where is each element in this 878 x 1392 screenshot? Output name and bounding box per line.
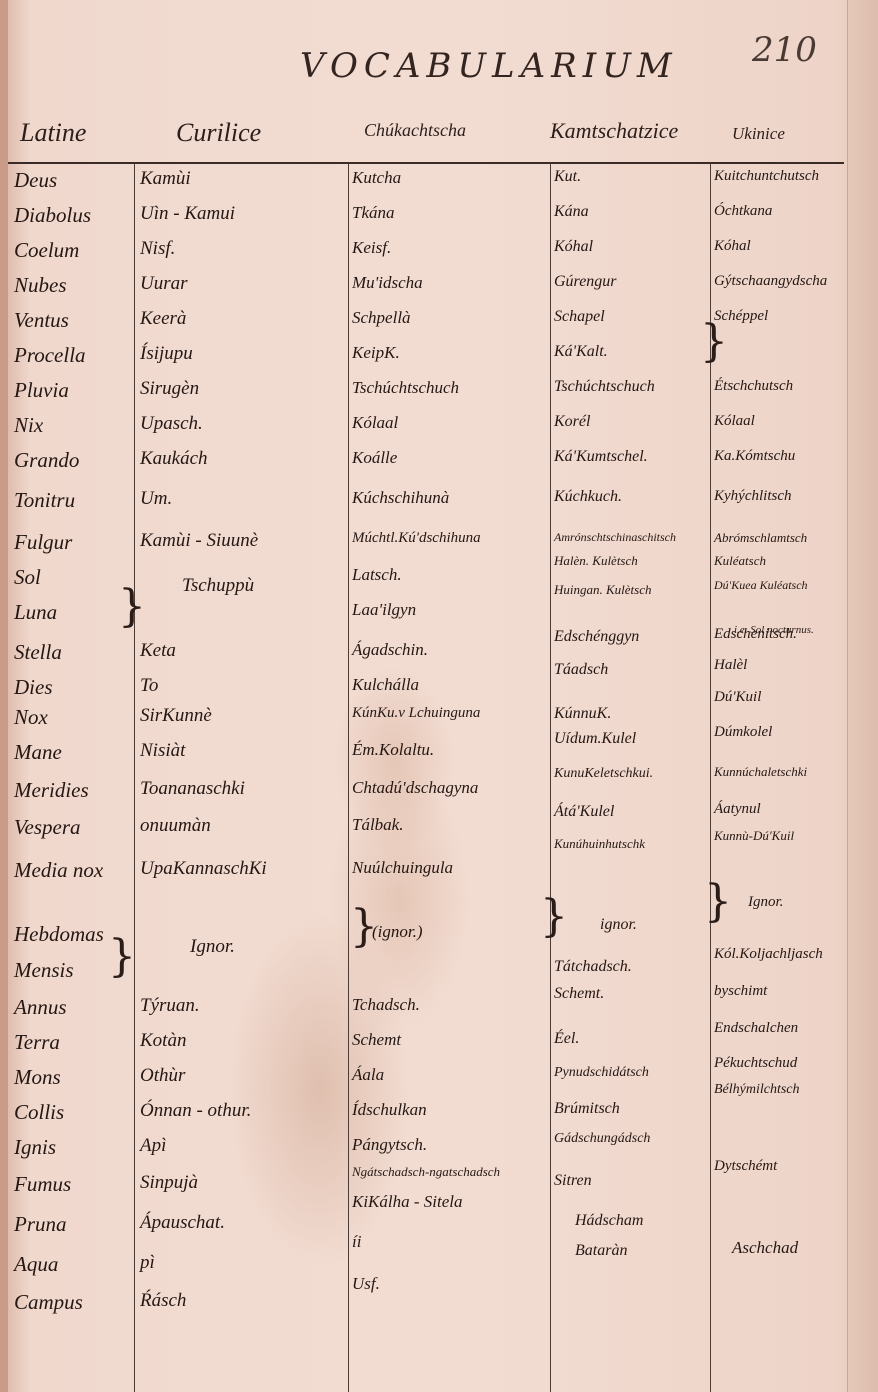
curilic-term: Othùr <box>140 1065 185 1087</box>
latin-term: Pluvia <box>14 378 69 403</box>
table-row: Tonitru Um. Kúchschihunà Kúchkuch. Kyhýc… <box>0 488 850 524</box>
kamchatka-term: Hádscham <box>575 1212 643 1230</box>
ukinic-term: Étschchutsch <box>714 378 793 395</box>
latin-term: Mons <box>14 1065 61 1090</box>
curilic-term: UpaKannaschKi <box>140 858 267 880</box>
kamchatka-term: KúnnuK. <box>554 705 611 723</box>
kamchatka-term: Pynudschidátsch <box>554 1065 649 1081</box>
chukchi-term: Keisf. <box>352 238 391 258</box>
latin-term: Vespera <box>14 815 81 840</box>
ukinic-term: Ignor. <box>748 894 783 911</box>
curilic-term: Nisiàt <box>140 740 185 762</box>
chukchi-term: Tálbak. <box>352 815 403 835</box>
latin-term: Deus <box>14 168 57 193</box>
curilic-term: Kamùi <box>140 168 191 190</box>
kamchatka-term: Kána <box>554 203 589 221</box>
annotation-sol-nocturnus: i.e. Sol nocturnus. <box>734 624 814 636</box>
curilic-term: Týruan. <box>140 995 200 1017</box>
chukchi-term: Usf. <box>352 1274 380 1294</box>
page-edge-right <box>847 0 878 1392</box>
chukchi-term: Chtadú'dschagyna <box>352 778 478 798</box>
curilic-term: Ápauschat. <box>140 1212 225 1234</box>
ukinic-term: Gýtschaangydscha <box>714 273 827 290</box>
brace-sol-luna: } <box>118 585 146 629</box>
latin-term: Tonitru <box>14 488 75 513</box>
chukchi-term: Koálle <box>352 448 397 468</box>
latin-term: Mane <box>14 740 62 765</box>
kamchatka-term: Sitren <box>554 1172 592 1190</box>
table-row: Deus Kamùi Kutcha Kut. Kuitchuntchutsch <box>0 168 850 204</box>
table-row: Nubes Uurar Mu'idscha Gúrengur Gýtschaan… <box>0 273 850 309</box>
ukinic-term: Endschalchen <box>714 1020 798 1037</box>
ukinic-term: Kuitchuntchutsch <box>714 168 819 185</box>
latin-term: Ventus <box>14 308 69 333</box>
latin-term: Luna <box>14 600 57 625</box>
latin-term: Ignis <box>14 1135 56 1160</box>
curilic-term: To <box>140 675 158 697</box>
chukchi-term: Latsch. <box>352 565 402 585</box>
curilic-term: Kaukách <box>140 448 208 470</box>
ukinic-term: Dú'Kuea Kuléatsch <box>714 578 808 593</box>
chukchi-term: Ídschulkan <box>352 1100 427 1120</box>
folio-number: 210 <box>752 30 817 70</box>
kamchatka-term: Ká'Kalt. <box>554 343 608 361</box>
table-row: Collis Ónnan - othur. Ídschulkan Brúmits… <box>0 1100 850 1136</box>
ukinic-term: Dúmkolel <box>714 724 772 741</box>
curilic-term: Sirugèn <box>140 378 199 400</box>
ukinic-term: Dytschémt <box>714 1158 777 1175</box>
chukchi-term: Schemt <box>352 1030 401 1050</box>
ukinic-term: Kóhal <box>714 238 751 255</box>
ukinic-term: Bélhýmilchtsch <box>714 1082 800 1098</box>
kamchatka-term: Huingan. Kulètsch <box>554 582 652 598</box>
curilic-term: Keta <box>140 640 176 662</box>
ukinic-term: Abrómschlamtsch <box>714 530 807 546</box>
latin-term: Dies <box>14 675 53 700</box>
chukchi-term: Áala <box>352 1065 384 1085</box>
table-row: Nix Upasch. Kólaal Korél Kólaal <box>0 413 850 449</box>
ukinic-term: Kunnúchaletschki <box>714 764 807 780</box>
kamchatka-term: Korél <box>554 413 590 431</box>
table-row: Coelum Nisf. Keisf. Kóhal Kóhal <box>0 238 850 274</box>
table-row: Aqua pì íi Bataràn Aschchad <box>0 1252 850 1288</box>
brace-ukinic-ignor: } <box>704 880 732 924</box>
kamchatka-term: Kunúhuinhutschk <box>554 836 645 852</box>
ukinic-term: Aschchad <box>732 1238 798 1258</box>
chukchi-term: Múchtl.Kú'dschihuna <box>352 530 481 547</box>
curilic-term: Apì <box>140 1135 166 1157</box>
latin-term: Mensis <box>14 958 74 983</box>
brace-procella: } <box>700 320 728 364</box>
chukchi-term: Tkána <box>352 203 395 223</box>
curilic-term: pì <box>140 1252 155 1274</box>
curilic-term: Keerà <box>140 308 186 330</box>
brace-kamchatka-ignor: } <box>540 895 568 939</box>
kamchatka-term: Schapel <box>554 308 605 326</box>
kamchatka-term: Éel. <box>554 1030 579 1048</box>
chukchi-term: (ignor.) <box>372 922 423 942</box>
kamchatka-term: Kóhal <box>554 238 593 256</box>
column-header-curilice: Curilice <box>176 118 261 148</box>
ukinic-term: Dú'Kuil <box>714 689 761 706</box>
column-header-latine: Latine <box>20 118 86 148</box>
latin-term: Coelum <box>14 238 79 263</box>
ukinic-term: Halèl <box>714 657 747 674</box>
chukchi-term: Pángytsch. <box>352 1135 427 1155</box>
chukchi-term: Laa'ilgyn <box>352 600 416 620</box>
latin-term: Annus <box>14 995 67 1020</box>
curilic-term: Kamùi - Siuunè <box>140 530 258 552</box>
kamchatka-term: Amrónschtschinaschitsch <box>554 530 676 545</box>
table-row: Diabolus Uìn - Kamui Tkána Kána Óchtkana <box>0 203 850 239</box>
ukinic-term: Ka.Kómtschu <box>714 448 795 465</box>
kamchatka-term: Tschúchtschuch <box>554 378 655 396</box>
ukinic-term: byschimt <box>714 983 767 1000</box>
ukinic-term: Kunnù-Dú'Kuil <box>714 828 794 844</box>
kamchatka-term: Gúrengur <box>554 273 617 291</box>
ukinic-term: Áatynul <box>714 801 761 818</box>
chukchi-term: KeipK. <box>352 343 400 363</box>
manuscript-page: VOCABULARIUM 210 Latine Curilice Chúkach… <box>0 0 878 1392</box>
chukchi-term: Tschúchtschuch <box>352 378 459 398</box>
ukinic-term: Pékuchtschud <box>714 1055 797 1072</box>
ukinic-term: Kyhýchlitsch <box>714 488 791 505</box>
ukinic-term: Kól.Koljachljasch <box>714 946 823 963</box>
column-header-row: Latine Curilice Chúkachtscha Kamtschatzi… <box>0 110 850 160</box>
latin-term: Aqua <box>14 1252 58 1277</box>
chukchi-term: Ém.Kolaltu. <box>352 740 434 760</box>
curilic-term: Sinpujà <box>140 1172 198 1194</box>
kamchatka-term: Brúmitsch <box>554 1100 620 1118</box>
curilic-term: onuumàn <box>140 815 211 837</box>
curilic-term: Upasch. <box>140 413 203 435</box>
curilic-term: Ísijupu <box>140 343 193 365</box>
chukchi-term: KúnKu.v Lchuinguna <box>352 705 480 722</box>
ukinic-term: Óchtkana <box>714 203 772 220</box>
kamchatka-term: Bataràn <box>575 1242 627 1260</box>
curilic-term: Ónnan - othur. <box>140 1100 251 1122</box>
latin-term: Nubes <box>14 273 67 298</box>
curilic-term: Ignor. <box>190 936 235 958</box>
kamchatka-term: Schemt. <box>554 985 604 1003</box>
latin-term: Sol <box>14 565 41 590</box>
column-header-ukinice: Ukinice <box>732 124 785 144</box>
latin-term: Terra <box>14 1030 60 1055</box>
kamchatka-term: Gádschungádsch <box>554 1131 650 1147</box>
curilic-term: Tschuppù <box>182 575 254 597</box>
chukchi-term: Kólaal <box>352 413 398 433</box>
kamchatka-term: Edschénggyn <box>554 628 639 646</box>
chukchi-term: íi <box>352 1232 361 1252</box>
latin-term: Nox <box>14 705 48 730</box>
kamchatka-term: Halèn. Kulètsch <box>554 553 638 569</box>
kamchatka-term: Táadsch <box>554 661 608 679</box>
latin-term: Fumus <box>14 1172 71 1197</box>
chukchi-term: Ngátschadsch-ngatschadsch <box>352 1164 500 1180</box>
kamchatka-term: Ká'Kumtschel. <box>554 448 648 466</box>
column-header-kamtschatzice: Kamtschatzice <box>550 118 678 144</box>
latin-term: Hebdomas <box>14 922 104 947</box>
latin-term: Pruna <box>14 1212 67 1237</box>
latin-term: Campus <box>14 1290 83 1315</box>
column-header-chukachtscha: Chúkachtscha <box>364 120 466 141</box>
curilic-term: SirKunnè <box>140 705 212 727</box>
latin-term: Media nox <box>14 858 103 883</box>
brace-hebdomas-mensis: } <box>108 935 136 979</box>
table-row: Campus Ŕásch Usf. <box>0 1290 850 1326</box>
kamchatka-term: KunuKeletschkui. <box>554 766 653 782</box>
kamchatka-term: Tátchadsch. <box>554 958 632 976</box>
chukchi-term: Kulchálla <box>352 675 419 695</box>
latin-term: Meridies <box>14 778 89 803</box>
curilic-term: Uurar <box>140 273 188 295</box>
latin-term: Procella <box>14 343 86 368</box>
kamchatka-term: Uídum.Kulel <box>554 730 636 748</box>
chukchi-term: Mu'idscha <box>352 273 423 293</box>
table-row: Pluvia Sirugèn Tschúchtschuch Tschúchtsc… <box>0 378 850 414</box>
latin-term: Fulgur <box>14 530 72 555</box>
curilic-term: Um. <box>140 488 172 510</box>
curilic-term: Nisf. <box>140 238 175 260</box>
ukinic-term: Kuléatsch <box>714 553 766 569</box>
latin-term: Nix <box>14 413 43 438</box>
curilic-term: Toananaschki <box>140 778 245 800</box>
brace-chukchi-ignor: } <box>350 905 378 949</box>
table-row: Pruna Ápauschat. KiKálha - Sitela Hádsch… <box>0 1212 850 1248</box>
kamchatka-term: Kut. <box>554 168 581 186</box>
curilic-term: Uìn - Kamui <box>140 203 235 225</box>
chukchi-term: Nuúlchuingula <box>352 858 453 878</box>
chukchi-term: Schpellà <box>352 308 411 328</box>
latin-term: Collis <box>14 1100 64 1125</box>
page-title: VOCABULARIUM <box>300 46 678 86</box>
kamchatka-term: Átá'Kulel <box>554 803 614 821</box>
ukinic-term: Kólaal <box>714 413 755 430</box>
latin-term: Diabolus <box>14 203 91 228</box>
curilic-term: Ŕásch <box>140 1290 186 1312</box>
chukchi-term: Tchadsch. <box>352 995 420 1015</box>
chukchi-term: KiKálha - Sitela <box>352 1192 463 1212</box>
chukchi-term: Kúchschihunà <box>352 488 449 508</box>
curilic-term: Kotàn <box>140 1030 186 1052</box>
latin-term: Stella <box>14 640 62 665</box>
chukchi-term: Kutcha <box>352 168 401 188</box>
kamchatka-term: Kúchkuch. <box>554 488 622 506</box>
kamchatka-term: ignor. <box>600 916 637 934</box>
table-row: Grando Kaukách Koálle Ká'Kumtschel. Ka.K… <box>0 448 850 484</box>
chukchi-term: Ágadschin. <box>352 640 428 660</box>
latin-term: Grando <box>14 448 79 473</box>
